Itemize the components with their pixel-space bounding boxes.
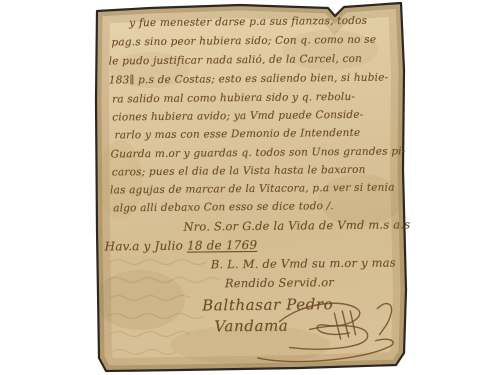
letter-body-line: ciones hubiera avido; ya Vmd puede Consi… xyxy=(112,109,363,124)
letter-body-line: rarlo y mas con esse Demonio de Intenden… xyxy=(114,127,360,142)
signature-rubric-flourish xyxy=(249,298,410,370)
letter-text-layer: y fue menester darse p.a sus fianzas, to… xyxy=(0,0,500,375)
letter-body-line: pag.s sino peor hubiera sido; Con q. com… xyxy=(111,34,376,49)
dateline-place: Hav.a y Julio xyxy=(105,239,184,254)
valediction-line: Nro. S.or G.de la Vida de Vmd m.s a.s xyxy=(183,217,410,233)
letter-body-line: ra salido mal como hubiera sido y q. reb… xyxy=(112,91,355,106)
letter-body-line: las agujas de marcar de la Vitacora, p.a… xyxy=(110,181,395,196)
letter-body-line: y fue menester darse p.a sus fianzas, to… xyxy=(129,15,367,29)
letter-body-line: algo alli debaxo Con esso se dice todo /… xyxy=(113,200,334,214)
dateline: Hav.a y Julio 18 de 1769 xyxy=(105,238,258,254)
letter-body-line: le pudo justificar nada salió, de la Car… xyxy=(109,53,363,68)
letter-body-line: 183∥ p.s de Costas; esto es saliendo bie… xyxy=(109,72,389,87)
letter-body-line: caros; pues el dia de la Vista hasta le … xyxy=(112,164,366,179)
photo-canvas: y fue menester darse p.a sus fianzas, to… xyxy=(0,0,500,375)
closing-courtesy-line: B. L. M. de Vmd su m.or y mas xyxy=(211,255,396,271)
letter-body-line: Guarda m.or y guardas q. todos son Unos … xyxy=(111,145,406,160)
closing-courtesy-line: Rendido Servid.or xyxy=(225,275,334,290)
dateline-date: 18 de 1769 xyxy=(187,238,257,253)
